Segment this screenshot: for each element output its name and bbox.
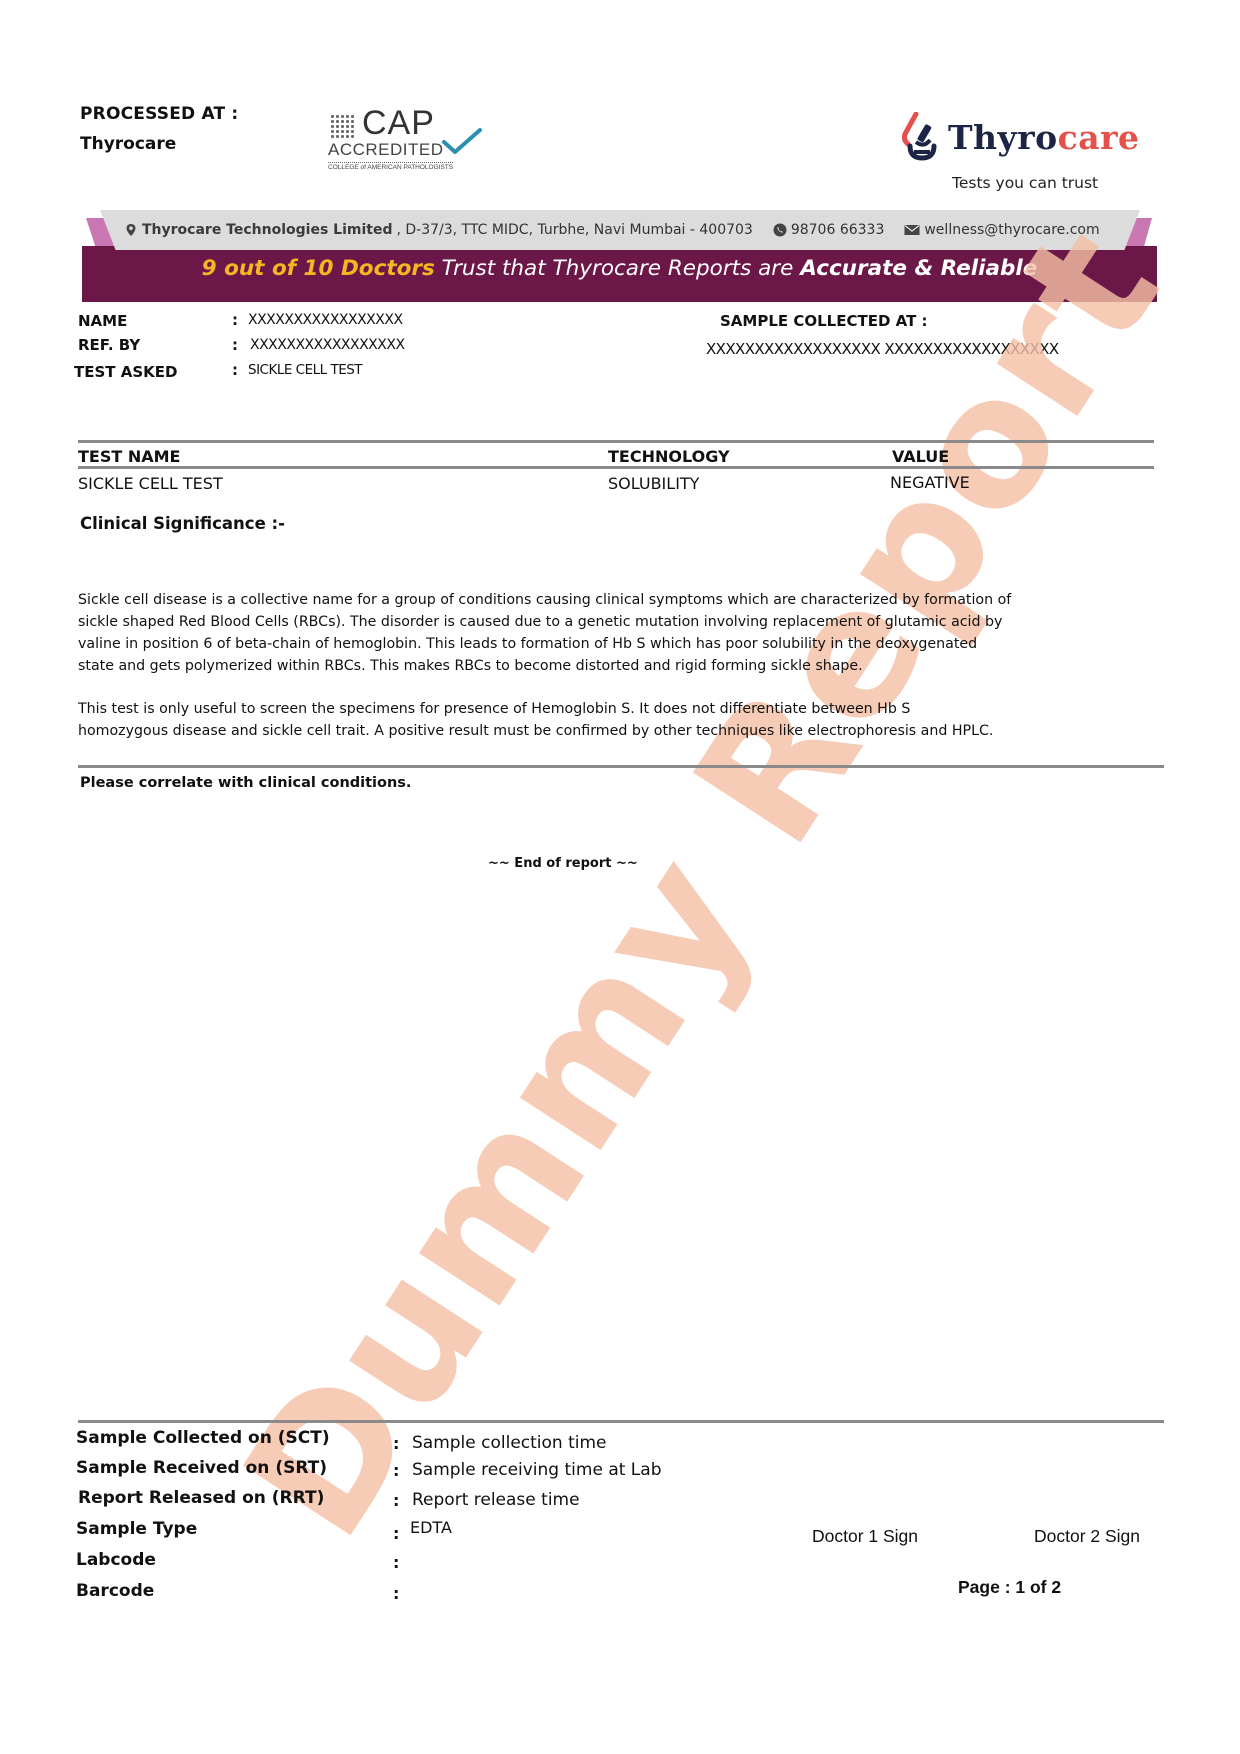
processed-at-label: PROCESSED AT : (80, 104, 238, 124)
sct-colon: : (393, 1434, 399, 1453)
sample-type-colon: : (393, 1524, 399, 1543)
rrt-label: Report Released on (RRT) (78, 1488, 324, 1508)
brand-name: Thyrocare (948, 118, 1139, 157)
doctor-1-sign: Doctor 1 Sign (812, 1526, 918, 1547)
trust-highlight: 9 out of 10 Doctors (202, 256, 435, 281)
correlate-note: Please correlate with clinical condition… (80, 775, 411, 791)
footer-divider (78, 1420, 1164, 1423)
name-label: NAME (78, 312, 127, 330)
paragraph-line: Sickle cell disease is a collective name… (78, 589, 1118, 611)
contact-info: Thyrocare Technologies Limited, D-37/3, … (124, 222, 1100, 238)
microscope-drop-icon (902, 112, 940, 162)
ref-by-colon: : (232, 336, 238, 354)
labcode-colon: : (393, 1553, 399, 1572)
paragraph-line: valine in position 6 of beta-chain of he… (78, 633, 1118, 655)
paragraph-line: state and gets polymerized within RBCs. … (78, 655, 1118, 677)
srt-label: Sample Received on (SRT) (76, 1458, 327, 1478)
cap-logo-title: CAP (362, 104, 435, 143)
sct-label: Sample Collected on (SCT) (76, 1428, 330, 1448)
rrt-value: Report release time (412, 1490, 580, 1510)
column-header-test-name: TEST NAME (78, 447, 180, 466)
column-header-technology: TECHNOLOGY (608, 447, 730, 466)
location-pin-icon (124, 223, 138, 237)
email-address: wellness@thyrocare.com (924, 222, 1099, 238)
srt-colon: : (393, 1461, 399, 1480)
rrt-colon: : (393, 1491, 399, 1510)
clinical-paragraph-2: This test is only useful to screen the s… (78, 698, 1118, 742)
ref-by-value: XXXXXXXXXXXXXXXXX (250, 337, 405, 353)
cap-accredited-logo: CAP ACCREDITED COLLEGE of AMERICAN PATHO… (326, 110, 486, 174)
name-value: XXXXXXXXXXXXXXXXX (248, 312, 403, 328)
checkmark-icon (442, 128, 482, 156)
trust-middle: Trust that Thyrocare Reports are (435, 256, 800, 281)
paragraph-line: sickle shaped Red Blood Cells (RBCs). Th… (78, 611, 1118, 633)
test-asked-label: TEST ASKED (74, 363, 177, 381)
cap-dots-icon (330, 114, 356, 140)
thyrocare-logo: Thyrocare Tests you can trust (902, 108, 1162, 198)
labcode-label: Labcode (76, 1550, 156, 1570)
section-divider (78, 765, 1164, 768)
name-colon: : (232, 311, 238, 329)
table-header-rule (78, 466, 1154, 469)
srt-value: Sample receiving time at Lab (412, 1460, 661, 1480)
value-cell: NEGATIVE (890, 473, 970, 492)
column-header-value: VALUE (892, 447, 949, 466)
clinical-paragraph-1: Sickle cell disease is a collective name… (78, 589, 1118, 677)
test-name-cell: SICKLE CELL TEST (78, 474, 223, 493)
table-top-rule (78, 440, 1154, 443)
technology-cell: SOLUBILITY (608, 474, 699, 493)
dummy-report-watermark: Dummy Report (205, 193, 1200, 1572)
clinical-significance-title: Clinical Significance :- (80, 514, 285, 533)
cap-logo-caption: COLLEGE of AMERICAN PATHOLOGISTS (328, 162, 453, 171)
company-name: Thyrocare Technologies Limited (142, 222, 392, 238)
sample-type-label: Sample Type (76, 1519, 197, 1539)
paragraph-line: This test is only useful to screen the s… (78, 698, 1118, 720)
whatsapp-phone-icon (773, 223, 787, 237)
sample-collected-at-label: SAMPLE COLLECTED AT : (720, 312, 928, 330)
brand-tagline: Tests you can trust (952, 174, 1098, 192)
phone-number: 98706 66333 (791, 222, 885, 238)
paragraph-line: homozygous disease and sickle cell trait… (78, 720, 1118, 742)
sample-type-value: EDTA (410, 1518, 452, 1537)
page-number: Page : 1 of 2 (958, 1577, 1061, 1598)
sample-collected-at-value: XXXXXXXXXXXXXXXXXX XXXXXXXXXXXXXXXXXX (706, 340, 1059, 358)
test-asked-value: SICKLE CELL TEST (248, 362, 362, 378)
cap-logo-subtitle: ACCREDITED (328, 140, 444, 160)
barcode-label: Barcode (76, 1581, 154, 1601)
email-icon (904, 223, 920, 237)
trust-tagline: 9 out of 10 Doctors Trust that Thyrocare… (82, 256, 1157, 281)
barcode-colon: : (393, 1584, 399, 1603)
sct-value: Sample collection time (412, 1433, 607, 1453)
doctor-2-sign: Doctor 2 Sign (1034, 1526, 1140, 1547)
ref-by-label: REF. BY (78, 336, 140, 354)
test-asked-colon: : (232, 361, 238, 379)
company-address: , D-37/3, TTC MIDC, Turbhe, Navi Mumbai … (396, 222, 752, 238)
brand-name-accent: care (1058, 118, 1140, 157)
brand-name-primary: Thyro (948, 118, 1058, 157)
trust-emphasis: Accurate & Reliable (800, 256, 1037, 281)
end-of-report: ~~ End of report ~~ (488, 856, 638, 871)
processed-at-value: Thyrocare (80, 134, 176, 154)
